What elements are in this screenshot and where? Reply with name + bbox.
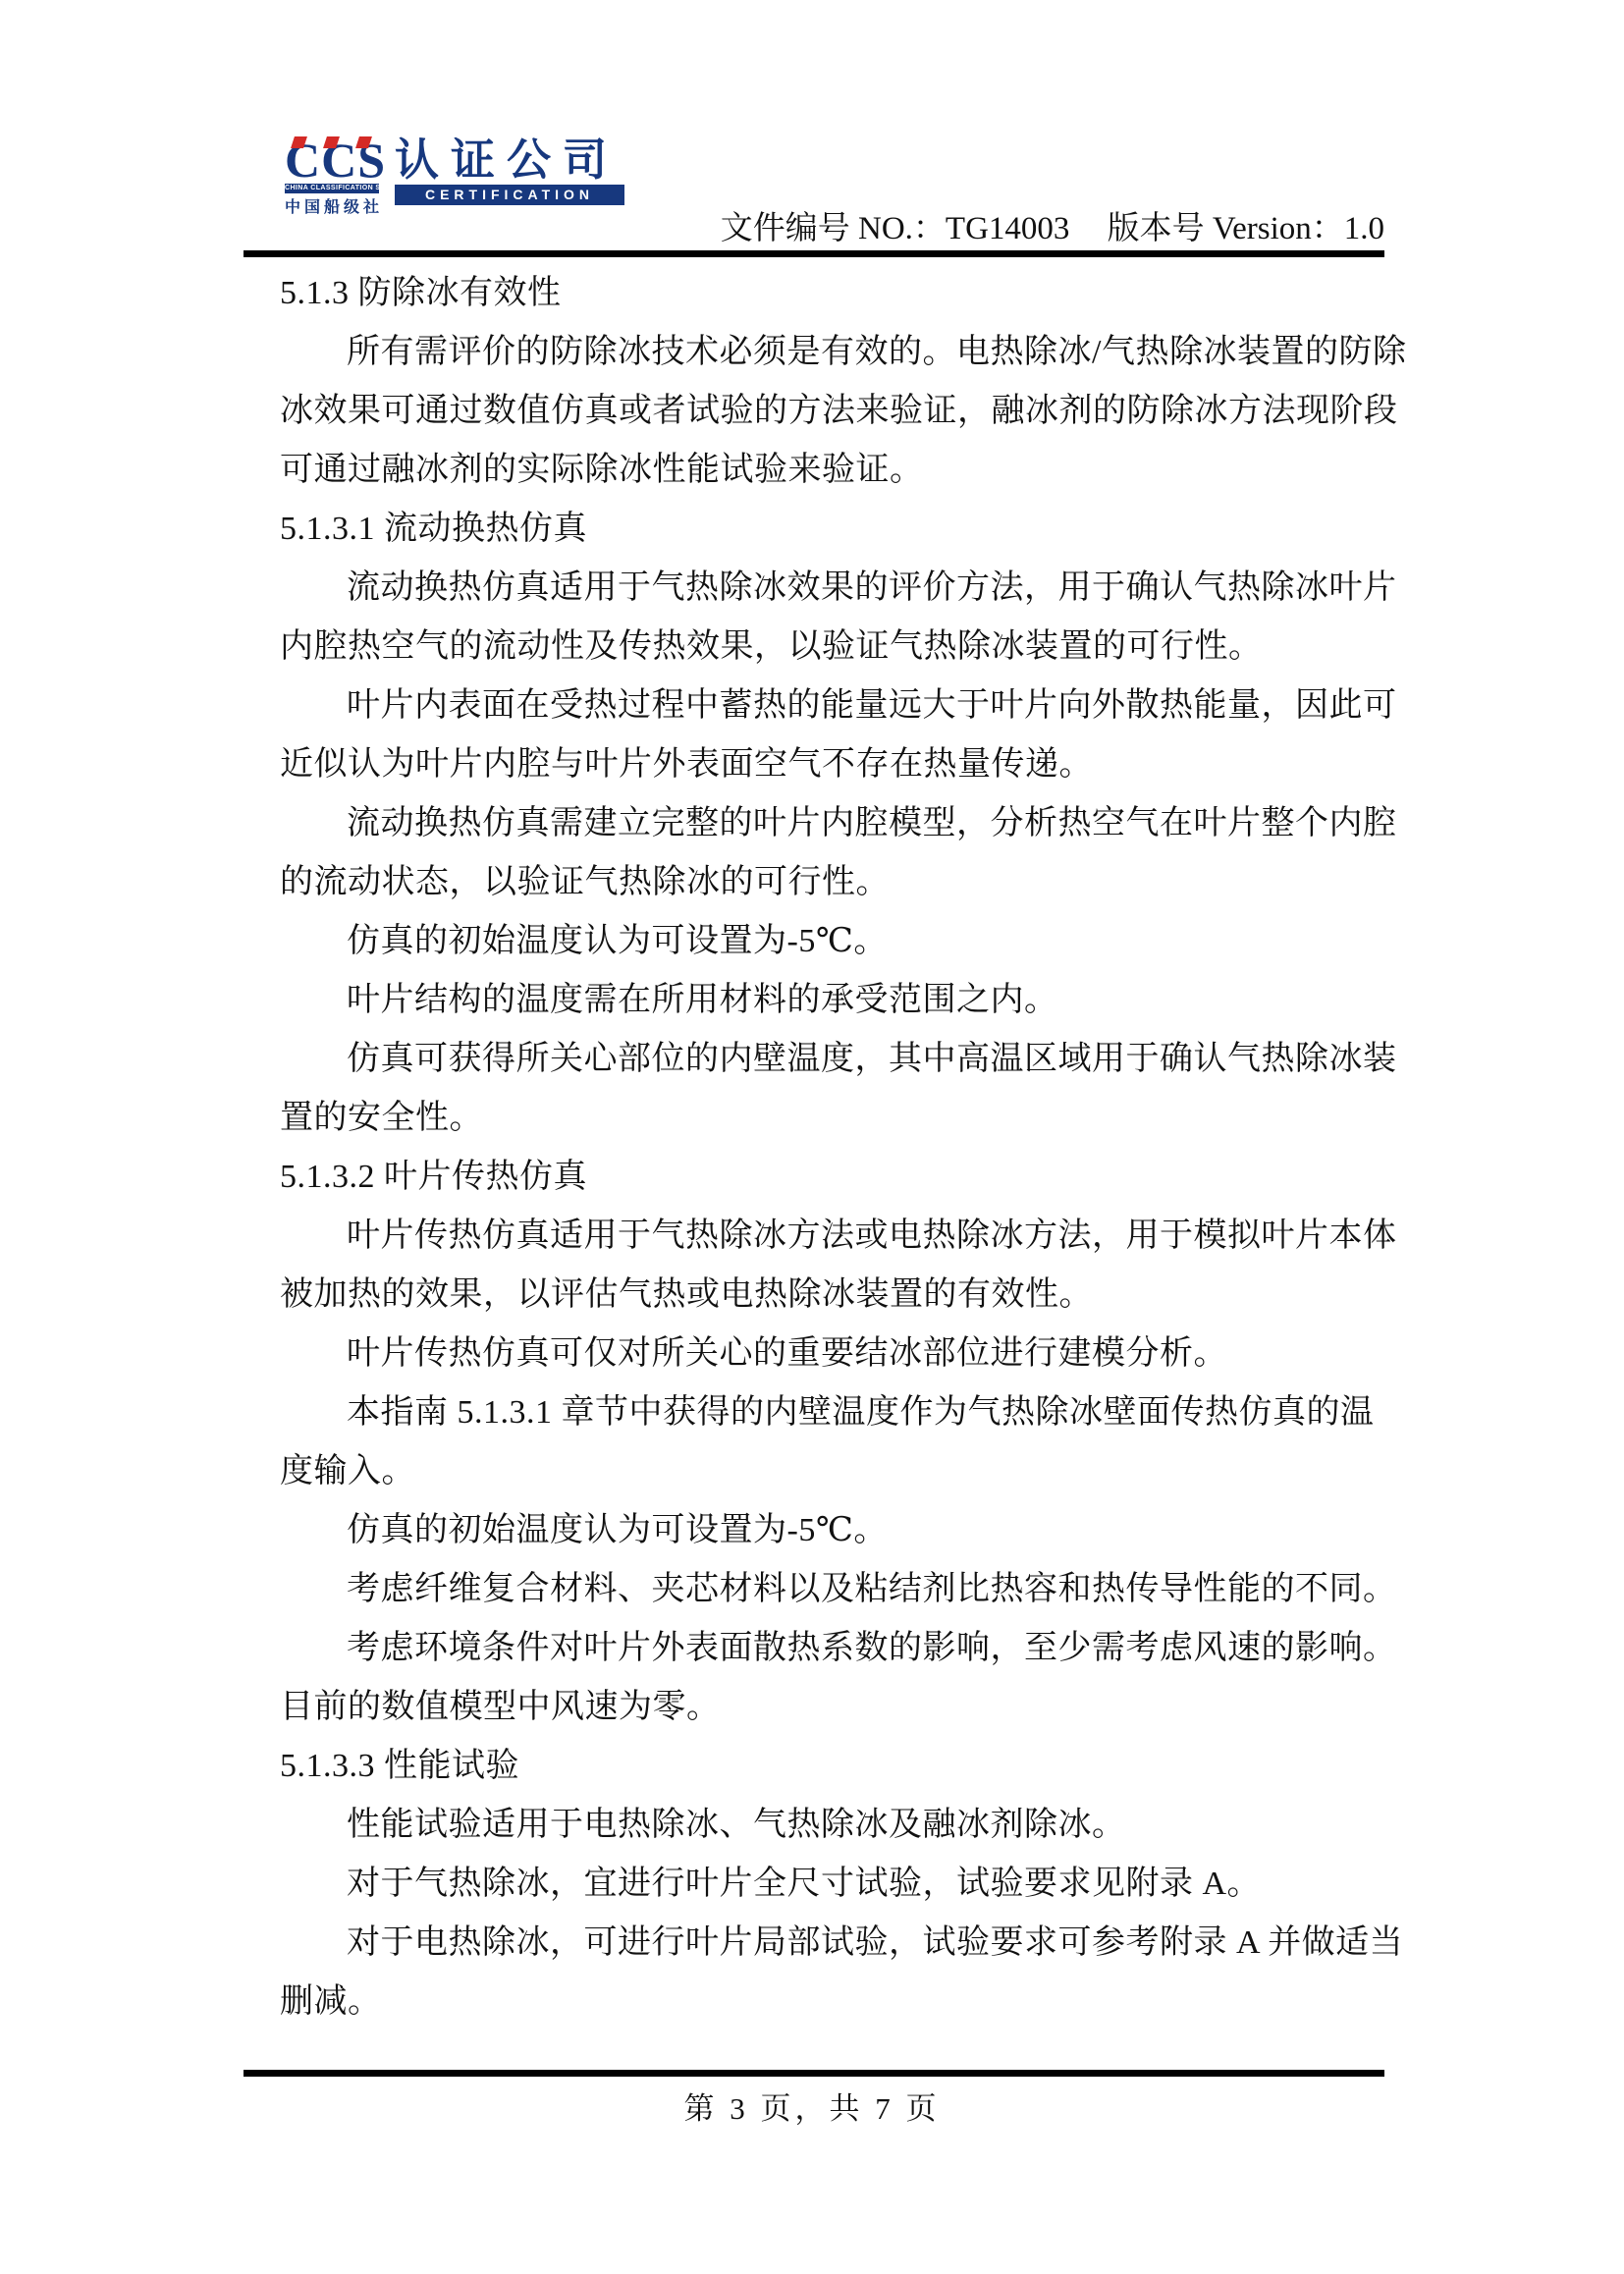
text-line: 考虑纤维复合材料、夹芯材料以及粘结剂比热容和热传导性能的不同。 xyxy=(280,1560,1389,1619)
text-line: 叶片传热仿真可仅对所关心的重要结冰部位进行建模分析。 xyxy=(280,1325,1389,1383)
text-line: 对于气热除冰，宜进行叶片全尺寸试验，试验要求见附录 A。 xyxy=(280,1855,1389,1914)
document-body: 5.1.3 防除冰有效性所有需评价的防除冰技术必须是有效的。电热除冰/气热除冰装… xyxy=(280,264,1389,2031)
text-line: 度输入。 xyxy=(280,1442,1389,1501)
text-line: 置的安全性。 xyxy=(280,1089,1389,1148)
text-line: 流动换热仿真需建立完整的叶片内腔模型，分析热空气在叶片整个内腔 xyxy=(280,794,1389,853)
heading-line: 5.1.3.2 叶片传热仿真 xyxy=(280,1148,1389,1207)
text-line: 仿真的初始温度认为可设置为-5℃。 xyxy=(280,912,1389,971)
text-line: 本指南 5.1.3.1 章节中获得的内壁温度作为气热除冰壁面传热仿真的温 xyxy=(280,1383,1389,1442)
text-line: 叶片结构的温度需在所用材料的承受范围之内。 xyxy=(280,971,1389,1030)
document-version: 版本号 Version：1.0 xyxy=(1108,211,1384,246)
logo-certification-block: 认证公司 CERTIFICATION xyxy=(395,138,624,205)
heading-line: 5.1.3 防除冰有效性 xyxy=(280,264,1389,323)
heading-line: 5.1.3.1 流动换热仿真 xyxy=(280,500,1389,559)
text-line: 的流动状态，以验证气热除冰的可行性。 xyxy=(280,853,1389,912)
header-divider xyxy=(244,250,1384,257)
text-line: 可通过融冰剂的实际除冰性能试验来验证。 xyxy=(280,441,1389,500)
text-line: 仿真的初始温度认为可设置为-5℃。 xyxy=(280,1501,1389,1560)
text-line: 对于电热除冰，可进行叶片局部试验，试验要求可参考附录 A 并做适当 xyxy=(280,1914,1389,1973)
ccs-logo-icon: CCS xyxy=(285,138,379,182)
text-line: 内腔热空气的流动性及传热效果，以验证气热除冰装置的可行性。 xyxy=(280,618,1389,677)
text-line: 近似认为叶片内腔与叶片外表面空气不存在热量传递。 xyxy=(280,735,1389,794)
text-line: 流动换热仿真适用于气热除冰效果的评价方法，用于确认气热除冰叶片 xyxy=(280,559,1389,618)
text-line: 冰效果可通过数值仿真或者试验的方法来验证，融冰剂的防除冰方法现阶段 xyxy=(280,382,1389,441)
document-header: 文件编号 NO.：TG14003 版本号 Version：1.0 xyxy=(244,202,1384,248)
heading-line: 5.1.3.3 性能试验 xyxy=(280,1737,1389,1796)
text-line: 被加热的效果，以评估气热或电热除冰装置的有效性。 xyxy=(280,1266,1389,1325)
text-line: 叶片传热仿真适用于气热除冰方法或电热除冰方法，用于模拟叶片本体 xyxy=(280,1207,1389,1266)
document-number: 文件编号 NO.：TG14003 xyxy=(721,211,1070,246)
page-number: 第 3 页，共 7 页 xyxy=(0,2084,1624,2128)
text-line: 性能试验适用于电热除冰、气热除冰及融冰剂除冰。 xyxy=(280,1796,1389,1855)
text-line: 所有需评价的防除冰技术必须是有效的。电热除冰/气热除冰装置的防除 xyxy=(280,323,1389,382)
text-line: 删减。 xyxy=(280,1973,1389,2031)
text-line: 目前的数值模型中风速为零。 xyxy=(280,1678,1389,1737)
certification-cn-label: 认证公司 xyxy=(395,138,624,182)
footer-divider xyxy=(244,2070,1384,2077)
text-line: 叶片内表面在受热过程中蓄热的能量远大于叶片向外散热能量，因此可 xyxy=(280,677,1389,735)
text-line: 仿真可获得所关心部位的内壁温度，其中高温区域用于确认气热除冰装 xyxy=(280,1030,1389,1089)
text-line: 考虑环境条件对叶片外表面散热系数的影响，至少需考虑风速的影响。 xyxy=(280,1619,1389,1678)
document-page: CCS CHINA CLASSIFICATION SOCIETY 中国船级社 认… xyxy=(0,0,1624,2274)
